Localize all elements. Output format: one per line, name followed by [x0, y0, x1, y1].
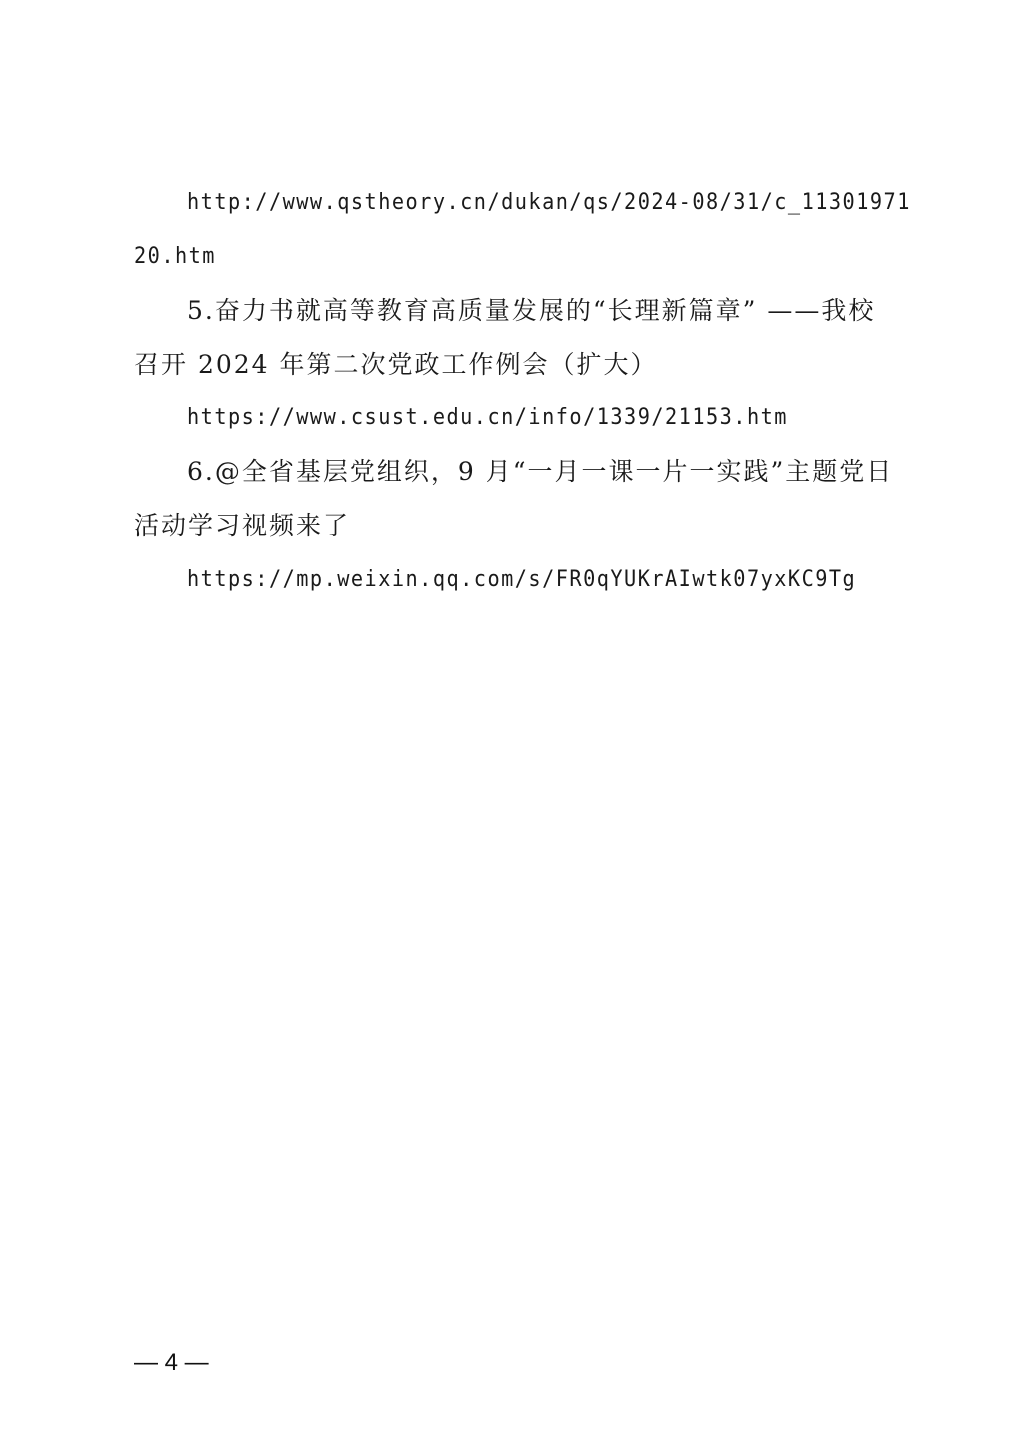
reference-4-url-line-2[interactable]: 20.htm [134, 242, 833, 272]
reference-5-url[interactable]: https://www.csust.edu.cn/info/1339/21153… [187, 403, 886, 433]
reference-5-title-line-1: 5.奋力书就高等教育高质量发展的“长理新篇章” ——我校 [187, 296, 947, 326]
reference-6-url[interactable]: https://mp.weixin.qq.com/s/FR0qYUKrAIwtk… [187, 565, 886, 595]
reference-6-title-line-1: 6.@全省基层党组织，9 月“一月一课一片一实践”主题党日 [187, 457, 947, 487]
page-number: — 4 — [134, 1348, 209, 1378]
reference-4-url-line-1[interactable]: http://www.qstheory.cn/dukan/qs/2024-08/… [187, 188, 886, 218]
document-page: http://www.qstheory.cn/dukan/qs/2024-08/… [0, 0, 1024, 1448]
reference-6-title-line-2: 活动学习视频来了 [134, 511, 894, 541]
reference-5-title-line-2: 召开 2024 年第二次党政工作例会（扩大） [134, 350, 894, 380]
